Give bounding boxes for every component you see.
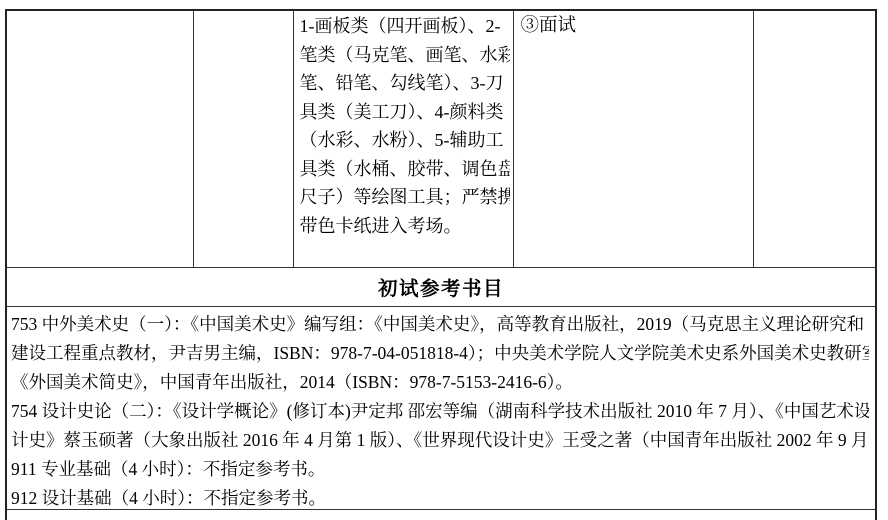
section-header-row: 初试参考书目 (7, 268, 875, 307)
section-header-title: 初试参考书目 (378, 273, 504, 301)
materials-line: 具类（水桶、胶带、调色盘、 (300, 155, 510, 184)
reference-line: 911 专业基础（4 小时）：不指定参考书。 (11, 455, 869, 484)
reference-line: 754 设计史论（二）：《设计学概论》(修订本)尹定邦 邵宏等编（湖南科学技术出… (11, 397, 869, 426)
reference-line: 753 中外美术史（一）：《中国美术史》编写组：《中国美术史》，高等教育出版社，… (11, 310, 869, 339)
page: { "colors": { "background": "#ffffff", "… (0, 0, 888, 520)
exam-info-table: 1-画板类（四开画板）、2- 笔类（马克笔、画笔、水彩 笔、铅笔、勾线笔）、3-… (5, 9, 877, 520)
next-row-stub (7, 510, 875, 520)
reference-line: 912 设计基础（4 小时）：不指定参考书。 (11, 484, 869, 510)
materials-line: 尺子）等绘图工具；严禁携 (300, 183, 510, 212)
interview-text: ③面试 (521, 12, 753, 41)
materials-line: 带色卡纸进入考场。 (300, 212, 510, 241)
reference-line: 建设工程重点教材，尹吉男主编，ISBN：978-7-04-051818-4）；中… (11, 339, 869, 368)
interview-cell: ③面试 (514, 11, 754, 267)
reference-books-cell: 753 中外美术史（一）：《中国美术史》编写组：《中国美术史》，高等教育出版社，… (7, 307, 875, 510)
materials-cell: 1-画板类（四开画板）、2- 笔类（马克笔、画笔、水彩 笔、铅笔、勾线笔）、3-… (294, 11, 514, 267)
materials-line: （水彩、水粉）、5-辅助工 (300, 126, 510, 155)
empty-cell-1 (7, 11, 194, 267)
materials-line: 笔类（马克笔、画笔、水彩 (300, 41, 510, 70)
materials-line: 1-画板类（四开画板）、2- (300, 12, 510, 41)
reference-line: 计史》蔡玉硕著（大象出版社 2016 年 4 月第 1 版）、《世界现代设计史》… (11, 426, 869, 455)
materials-line: 笔、铅笔、勾线笔）、3-刀 (300, 69, 510, 98)
exam-requirements-row: 1-画板类（四开画板）、2- 笔类（马克笔、画笔、水彩 笔、铅笔、勾线笔）、3-… (7, 11, 875, 268)
empty-cell-5 (754, 11, 876, 267)
empty-cell-2 (194, 11, 294, 267)
reference-line: 《外国美术简史》，中国青年出版社，2014（ISBN：978-7-5153-24… (11, 368, 869, 397)
materials-line: 具类（美工刀）、4-颜料类 (300, 98, 510, 127)
